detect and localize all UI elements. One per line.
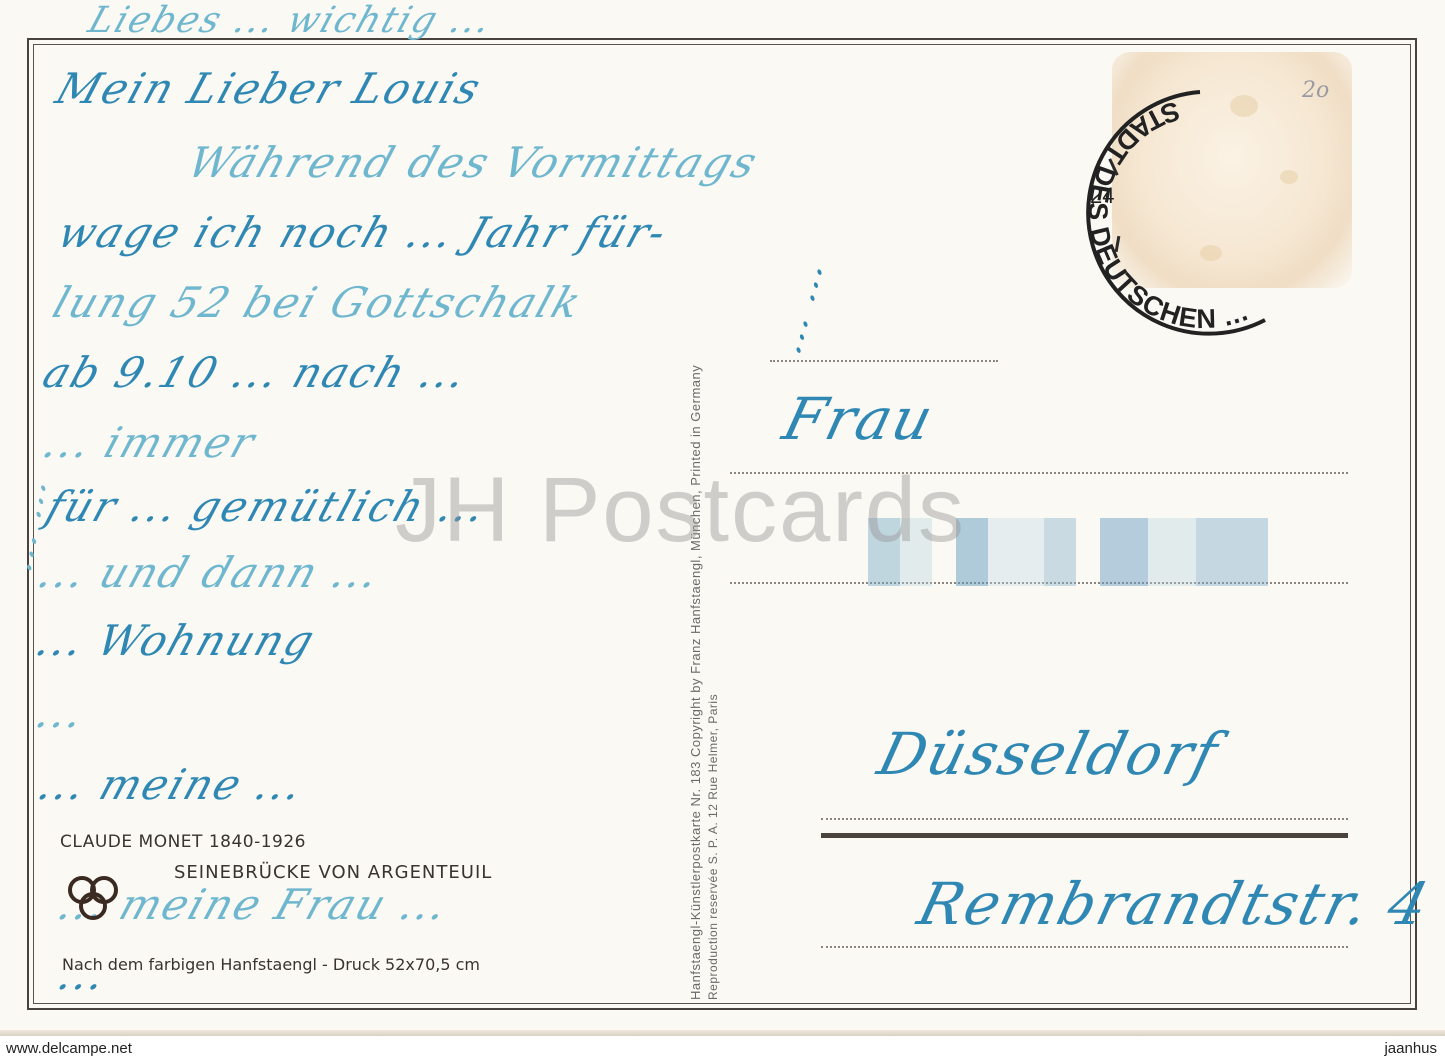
address-divider-bar	[821, 833, 1348, 838]
message-line: Liebes ... wichtig ...	[83, 0, 498, 41]
message-line: lung 52 bei Gottschalk	[47, 278, 589, 327]
address-line	[821, 818, 1348, 820]
address-line	[770, 360, 998, 362]
publisher-line-2: Reproduction reservée S. P. A. 12 Rue He…	[706, 694, 720, 1000]
message-line: wage ich noch ... Jahr für-	[52, 208, 674, 257]
painting-title: SEINEBRÜCKE VON ARGENTEUIL	[174, 862, 492, 883]
message-line: ... meine ...	[32, 760, 311, 809]
message-line: ... und dann ...	[32, 548, 387, 597]
svg-text:STADT DES DEUTSCHEN ... FRANKF: STADT DES DEUTSCHEN ... FRANKFURT	[1050, 78, 1260, 334]
address-street: Rembrandtstr. 4	[912, 870, 1437, 938]
pencil-note: 2o	[1302, 78, 1329, 103]
message-line: Mein Lieber Louis	[50, 64, 488, 113]
watermark: JH Postcards	[395, 458, 966, 563]
source-site-link[interactable]: www.delcampe.net	[6, 1040, 132, 1057]
hanfstaengl-logo-icon	[62, 870, 124, 924]
footer-bar: www.delcampe.net jaanhus	[0, 1036, 1445, 1061]
address-line	[821, 946, 1348, 948]
message-line: ... Wohnung	[30, 616, 322, 665]
print-note: Nach dem farbigen Hanfstaengl - Druck 52…	[62, 955, 480, 974]
message-line: ... immer	[37, 418, 262, 467]
postcard: STADT DES DEUTSCHEN ... FRANKFURT 24 2o …	[0, 0, 1445, 1036]
address-city: Düsseldorf	[872, 720, 1226, 788]
artist-caption: CLAUDE MONET 1840-1926	[60, 832, 306, 852]
address-salutation: Frau	[777, 385, 942, 453]
message-line: ab 9.10 ... nach ...	[37, 348, 475, 397]
message-line: Während des Vormittags	[182, 138, 765, 187]
seller-name: jaanhus	[1384, 1040, 1437, 1057]
postmark-icon: STADT DES DEUTSCHEN ... FRANKFURT	[1050, 78, 1320, 348]
postmark-date: 24	[1090, 183, 1114, 209]
